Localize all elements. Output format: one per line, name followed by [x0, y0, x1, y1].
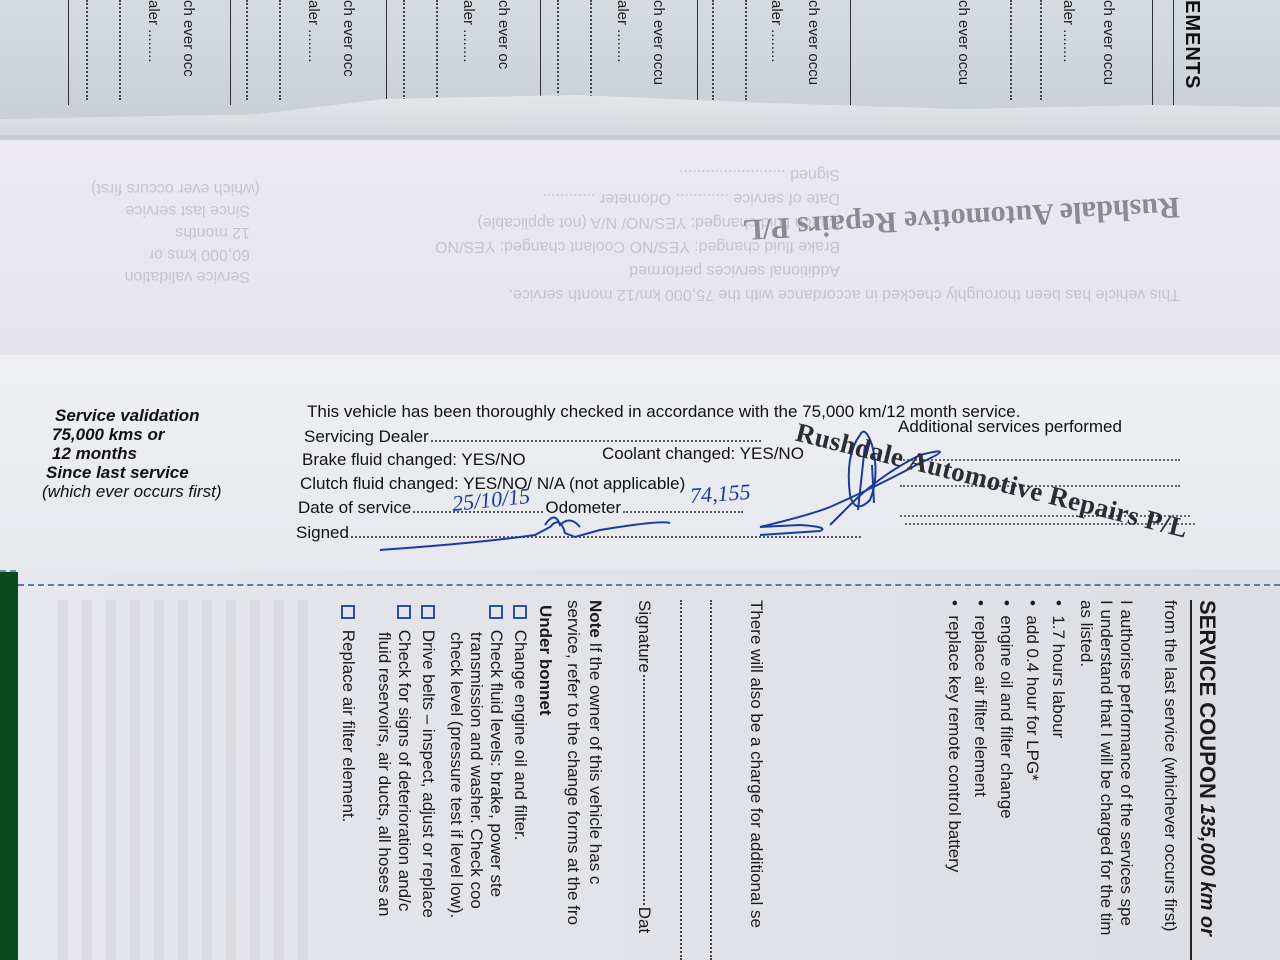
dotted-line	[710, 600, 712, 960]
checkbox-icon[interactable]	[421, 605, 435, 619]
coupon-title: SERVICE COUPON	[1195, 600, 1220, 799]
column-fragment: ch ever occu	[805, 0, 822, 110]
column-rule	[697, 0, 698, 105]
dotted-line	[590, 0, 592, 100]
bullet-item: • add 0.4 hour for LPG*	[1022, 600, 1043, 781]
checklist-item-continued: check level (pressure test if level low)…	[446, 632, 467, 918]
signature-field[interactable]: SignatureDat	[634, 600, 655, 933]
validation-whichever: (which ever occurs first)	[40, 482, 280, 501]
ghost-line: Signed ........................	[679, 165, 840, 183]
ghost-line: This vehicle has been thoroughly checked…	[509, 285, 1181, 303]
ghost-line: (which ever occurs first)	[91, 179, 260, 197]
validation-title: Service validation	[40, 406, 280, 425]
validation-since: Since last service	[40, 463, 280, 482]
dotted-line	[712, 0, 714, 100]
column-fragment: aler ........	[145, 0, 162, 110]
column-fragment: ch ever occu	[955, 0, 972, 110]
bullet-item: • replace key remote control battery	[944, 600, 965, 872]
column-rule	[1173, 0, 1174, 105]
under-bonnet-heading: Under bonnet	[535, 605, 556, 716]
column-fragment: ch ever oc	[495, 0, 512, 110]
column-fragment: aler ........	[768, 0, 785, 110]
note-line: Note If the owner of this vehicle has c	[585, 600, 606, 884]
column-fragment: aler ........	[614, 0, 631, 110]
checkbox-icon[interactable]	[513, 605, 527, 619]
service-validation-sheet: Service validation 75,000 kms or 12 mont…	[0, 355, 1280, 572]
ghost-line: Service validation	[125, 267, 250, 285]
dotted-line	[436, 0, 438, 100]
column-fragment: aler ........	[1060, 0, 1077, 110]
checklist-item[interactable]: Check fluid levels: brake, power ste	[486, 605, 507, 897]
coupon-title-line: SERVICE COUPON 135,000 km or	[1196, 600, 1218, 936]
coupon-title-suffix: 135,000 km or	[1196, 804, 1218, 936]
dotted-line	[246, 0, 248, 100]
dotted-line	[745, 0, 747, 100]
column-rule	[540, 0, 541, 105]
bullet-item: • 1.7 hours labour	[1048, 600, 1069, 738]
column-fragment: ch ever occu	[650, 0, 667, 110]
checklist-item[interactable]: Drive belts – inspect, adjust or replace	[418, 605, 439, 918]
validation-distance: 75,000 kms or	[40, 425, 280, 444]
column-rule	[850, 0, 851, 105]
additional-charge-text: There will also be a charge for addition…	[746, 600, 767, 928]
column-fragment: ch ever occ	[340, 0, 357, 110]
dotted-line	[403, 0, 405, 100]
ghost-line: Since last service	[126, 201, 251, 219]
dotted-line	[557, 0, 559, 100]
ghost-line: 60,000 kms or	[149, 245, 250, 263]
column-fragment: ch ever occ	[180, 0, 197, 110]
authorise-line: I understand that I will be charged for …	[1096, 600, 1117, 935]
dotted-line	[1040, 0, 1042, 100]
signature-scribble	[360, 415, 980, 565]
ghost-line: Date of service ............ Odometer ..…	[542, 189, 840, 207]
dotted-line	[279, 0, 281, 100]
checkbox-icon[interactable]	[397, 605, 411, 619]
column-rule	[386, 0, 387, 105]
dotted-line	[86, 0, 88, 100]
checklist-item[interactable]: Check for signs of deterioration and/c	[394, 605, 415, 911]
show-through-text	[58, 600, 318, 960]
column-rule	[230, 0, 231, 105]
ghost-line: 12 months	[175, 223, 250, 241]
validation-heading-block: Service validation 75,000 kms or 12 mont…	[40, 406, 280, 501]
service-coupon-page: SERVICE COUPON 135,000 km or from the la…	[18, 570, 1280, 960]
dotted-line	[119, 0, 121, 100]
bullet-item: • replace air filter element	[970, 600, 991, 797]
checklist-item-continued: transmission and washer. Check coo	[466, 632, 487, 909]
ghost-line: Additional services performed	[629, 261, 840, 279]
signed-label: Signed	[296, 523, 349, 542]
note-line: service, refer to the change forms at th…	[563, 600, 584, 925]
coupon-subtitle: from the last service (whichever occurs …	[1160, 600, 1181, 932]
title-rule	[1190, 600, 1192, 960]
checklist-item-continued: fluid reservoirs, air ducts, all hoses a…	[374, 632, 395, 916]
perforation-line	[18, 584, 1280, 586]
checklist-item[interactable]: Replace air filter element.	[338, 605, 359, 823]
section-heading-fragment: EMENTS	[1180, 0, 1203, 89]
authorise-line: I authorise performance of the services …	[1116, 600, 1137, 926]
checklist-item[interactable]: Change engine oil and filter.	[510, 605, 531, 841]
column-rule	[68, 0, 69, 105]
bullet-item: • engine oil and filter change	[996, 600, 1017, 819]
dotted-line	[680, 600, 682, 960]
checkbox-icon[interactable]	[341, 605, 355, 619]
validation-months: 12 months	[40, 444, 280, 463]
authorise-line: as listed.	[1076, 600, 1097, 667]
mirrored-show-through-sheet: This vehicle has been thoroughly checked…	[0, 140, 1280, 357]
checkbox-icon[interactable]	[489, 605, 503, 619]
column-fragment: ch ever occu	[1100, 0, 1117, 110]
column-fragment: aler ........	[305, 0, 322, 110]
column-fragment: aler ........	[460, 0, 477, 110]
dotted-line	[1010, 0, 1012, 100]
column-rule	[1152, 0, 1153, 105]
